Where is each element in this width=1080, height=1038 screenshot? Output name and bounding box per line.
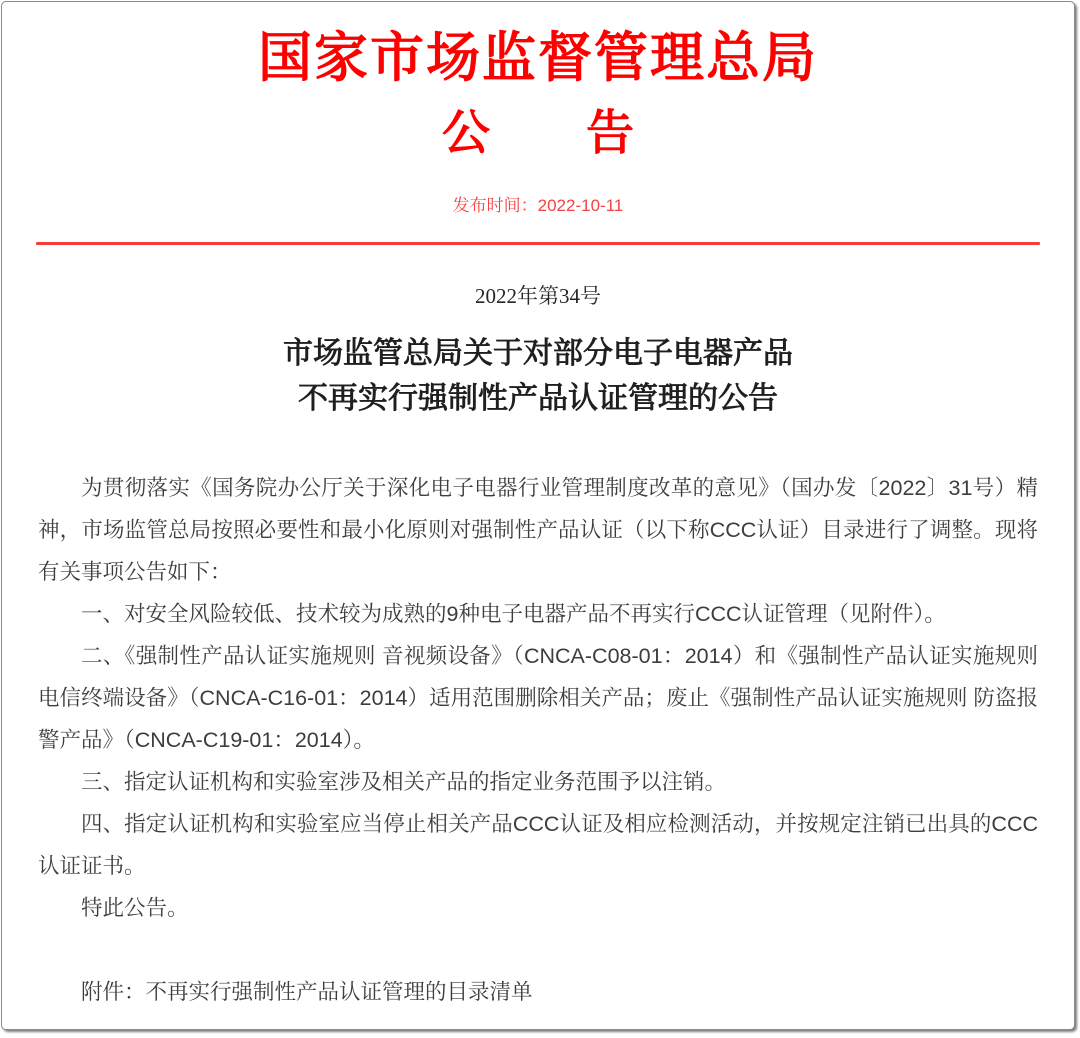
body-paragraph-item-3: 三、指定认证机构和实验室涉及相关产品的指定业务范围予以注销。	[38, 761, 1038, 803]
header-divider-rule	[36, 242, 1040, 245]
agency-title: 国家市场监督管理总局	[2, 26, 1074, 90]
body-paragraph-item-1: 一、对安全风险较低、技术较为成熟的9种电子电器产品不再实行CCC认证管理（见附件…	[38, 593, 1038, 635]
announcement-page: 国家市场监督管理总局 公 告 发布时间：2022-10-11 2022年第34号…	[1, 1, 1075, 1030]
body-paragraph-closing: 特此公告。	[38, 887, 1038, 929]
document-title-line2: 不再实行强制性产品认证管理的公告	[2, 376, 1074, 421]
publish-date-label: 发布时间：	[453, 196, 538, 215]
document-body: 为贯彻落实《国务院办公厅关于深化电子电器行业管理制度改革的意见》（国办发〔202…	[38, 467, 1038, 1013]
notice-type-title: 公 告	[2, 106, 1074, 162]
body-paragraph-item-4: 四、指定认证机构和实验室应当停止相关产品CCC认证及相应检测活动，并按规定注销已…	[38, 803, 1038, 887]
body-paragraph-intro: 为贯彻落实《国务院办公厅关于深化电子电器行业管理制度改革的意见》（国办发〔202…	[38, 467, 1038, 593]
document-title-line1: 市场监管总局关于对部分电子电器产品	[2, 331, 1074, 376]
document-title: 市场监管总局关于对部分电子电器产品 不再实行强制性产品认证管理的公告	[2, 331, 1074, 421]
document-number: 2022年第34号	[2, 283, 1074, 309]
publish-date-value: 2022-10-11	[538, 196, 624, 215]
body-paragraph-item-2: 二、《强制性产品认证实施规则 音视频设备》（CNCA-C08-01：2014）和…	[38, 635, 1038, 761]
attachment-line: 附件：不再实行强制性产品认证管理的目录清单	[38, 971, 1038, 1013]
publish-date-line: 发布时间：2022-10-11	[2, 196, 1074, 216]
announcement-header: 国家市场监督管理总局 公 告 发布时间：2022-10-11	[2, 2, 1074, 216]
